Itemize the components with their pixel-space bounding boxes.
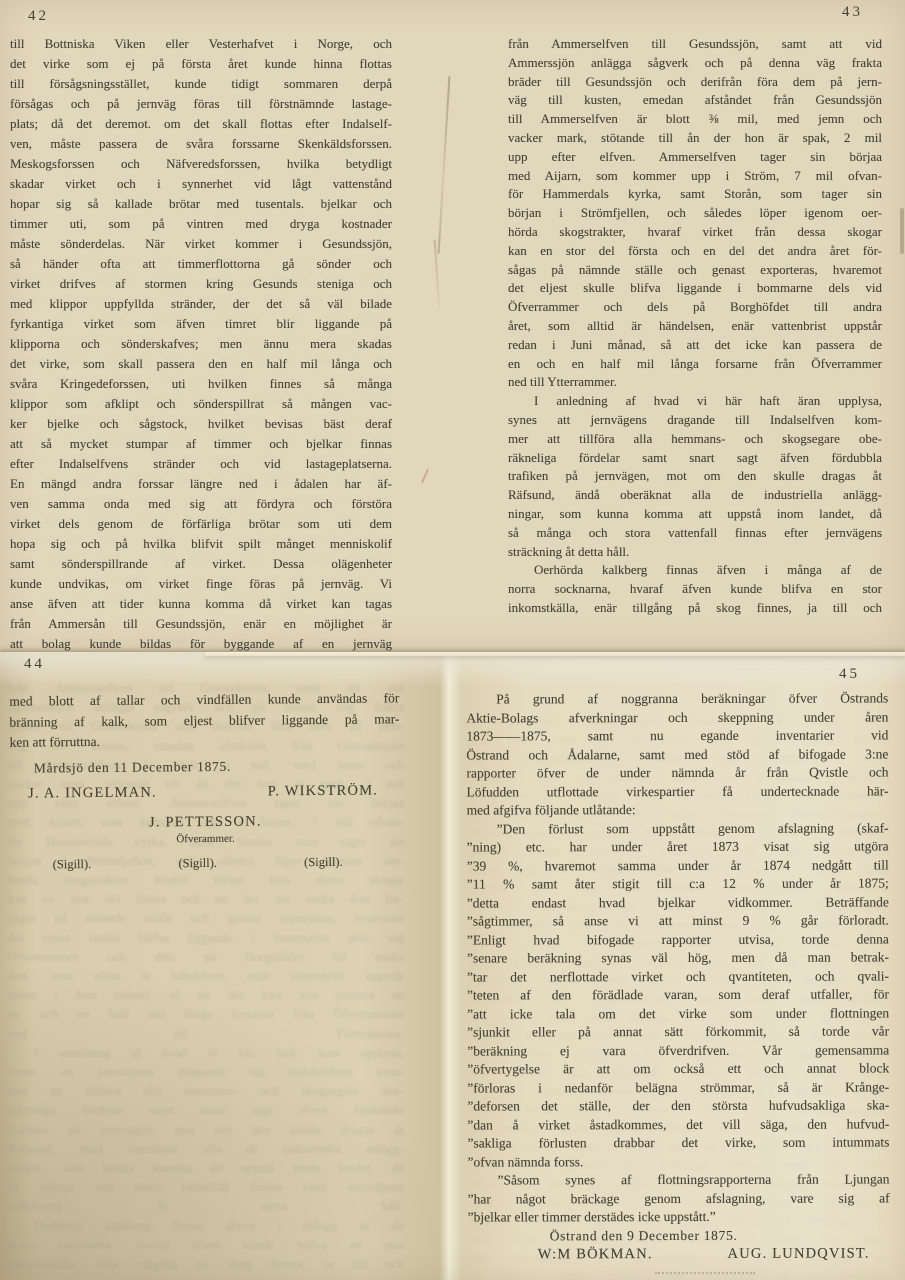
text-line: ”att icke tala om det virke som under fl… — [467, 1004, 889, 1024]
text-line: ningar, som kunna komma att uppstå inom … — [508, 505, 882, 524]
text-line: så många och stora vattenfall finnas eft… — [8, 1177, 404, 1196]
text-line: början i Strömfjellen, och således löper… — [508, 204, 882, 223]
text-line: J. A. INGELMAN.P. WIKSTRÖM. — [10, 780, 400, 804]
text-segment: (Sigill). — [53, 854, 92, 875]
text-line: efter Indalselfvens stränder och vid las… — [10, 454, 392, 474]
paper-fiber-mark — [421, 468, 429, 483]
text-line: norra socknarna, hvaraf äfven kunde blif… — [508, 580, 882, 599]
text-line: klipporna och sönderskafves; men ännu me… — [10, 334, 392, 354]
page-45-text: På grund af noggranna beräkningar öfver … — [466, 689, 890, 1264]
text-line: ned till Ytterrammer. — [8, 1024, 404, 1043]
text-line: hopa sig och på hvilka blifvit spilt mån… — [10, 534, 392, 554]
page-number-42: 42 — [28, 8, 49, 25]
text-line: räkneliga fördelar samt snart sagt äfven… — [508, 449, 882, 468]
faint-rule — [655, 1272, 755, 1274]
text-line: ”Enligt hvad bifogade rapporter utvisa, … — [467, 930, 889, 950]
text-line: det eljest skulle blifva liggande i bomm… — [508, 279, 882, 298]
page-42-text: till Bottniska Viken eller Vesterhafvet … — [10, 34, 392, 654]
text-line: måste sönderdelas. När virket kommer i G… — [10, 234, 392, 254]
text-line: Oerhörda kalkberg finnas äfven i många a… — [508, 561, 882, 580]
text-line: trafiken på jernvägen, mot om den skulle… — [508, 467, 882, 486]
text-line: ”39 %, hvaremot samma under år 1874 nedg… — [467, 856, 889, 876]
text-line: året, som alltid är händelsen, enär vatt… — [508, 317, 882, 336]
text-line: räkneliga fördelar samt snart sagt äfven… — [8, 1100, 404, 1119]
text-line: ”bjelkar eller timmer derstädes icke upp… — [468, 1207, 890, 1227]
text-line: till Ammerselfven är blott ⅜ mil, med je… — [508, 110, 882, 129]
page-44-text: med blott af tallar och vindfällen kunde… — [9, 688, 401, 875]
text-line: mer att tillföra alla hemmans- och skogs… — [508, 430, 882, 449]
text-line: ker bjelke och sågstock, hvilket bevisas… — [10, 414, 392, 434]
text-line: ”teten af den förädlade varan, som deraf… — [467, 985, 889, 1005]
text-segment: W:M BÖKMAN. — [538, 1245, 653, 1264]
text-line: skadar virket och i synnerhet vid lågt v… — [10, 174, 392, 194]
text-line: kan en stor del första och en del det an… — [508, 242, 882, 261]
text-line: Räfsund, ändå oberäknat alla de industri… — [508, 486, 882, 505]
text-line: rapporter öfver de under nämnda år från … — [466, 763, 888, 783]
text-line: så händer ofta att timmerflottorna gå sö… — [10, 254, 392, 274]
text-segment: J. A. INGELMAN. — [28, 782, 157, 804]
text-line: svåra Kringedeforssen, uti hvilken finne… — [10, 374, 392, 394]
text-line: det virke som ej på första året kunde hi… — [10, 54, 392, 74]
page-number-43: 43 — [842, 4, 863, 21]
text-line: ”öfvertygelse är att om också ett och an… — [467, 1059, 889, 1079]
text-line: Öfverrammer och dels på Borghöfdet till … — [508, 298, 882, 317]
text-line: Aktie-Bolags afverkningar och skeppning … — [466, 708, 888, 728]
text-line: virket drifves af stormen kring Gesunds … — [10, 274, 392, 294]
text-line: fyrkantiga virket som äfven timret blir … — [10, 314, 392, 334]
text-line: På grund af noggranna beräkningar öfver … — [466, 689, 888, 709]
text-line: kunde undvikas, om virket finge föras på… — [10, 574, 392, 594]
text-line: ”sjunkit eller på annat sätt förkommit, … — [467, 1022, 889, 1042]
text-line: väg till kusten, emedan afståndet från G… — [508, 91, 882, 110]
text-line: försågas och på jernväg föras till först… — [10, 94, 392, 114]
text-line: ”sågtimmer, så anse vi att minst 9 % går… — [467, 911, 889, 931]
text-line: inkomstkälla, enär tillgång på skog finn… — [8, 1254, 404, 1273]
text-line: en och en half mil långa forsarne från Ö… — [508, 355, 882, 374]
text-line: Meskogsforssen och Näfveredsforssen, hvi… — [10, 154, 392, 174]
text-line: Löfudden utflottade virkespartier få und… — [466, 782, 888, 802]
text-line: att bolag kunde bildas för byggande af e… — [10, 634, 392, 654]
text-line: ”beräkning ej vara öfverdrifven. Vår gem… — [467, 1041, 889, 1061]
text-line: kan en stor del första och en del det an… — [8, 889, 404, 908]
text-line: Mårdsjö den 11 December 1875. — [10, 755, 400, 779]
text-line: Räfsund, ändå oberäknat alla de industri… — [8, 1139, 404, 1158]
page-number-45: 45 — [839, 666, 860, 683]
text-line: ”har något bräckage genom afslagning, va… — [468, 1189, 890, 1209]
text-line: hopar sig så kallade brötar med tusental… — [10, 194, 392, 214]
text-line: för Hammerdals kyrka, samt Storån, som t… — [508, 185, 882, 204]
text-line: trafiken på jernvägen, mot om den skulle… — [8, 1120, 404, 1139]
text-line: från Ammerselfven till Gesundssjön, samt… — [508, 35, 882, 54]
gutter-crease — [438, 76, 451, 254]
text-line: det virke, som skall passera den en half… — [10, 354, 392, 374]
text-line: ”Den förlust som uppstått genom afslagni… — [467, 819, 889, 839]
text-line: (Sigill).(Sigill).(Sigill). — [11, 851, 401, 875]
text-line: sågas på nämnde ställe och genast export… — [8, 908, 404, 927]
text-line: W:M BÖKMAN.AUG. LUNDQVIST. — [468, 1244, 890, 1264]
text-line: Ammerssjön anlägga sågverk och på denna … — [508, 54, 882, 73]
text-line: norra socknarna, hvaraf äfven kunde blif… — [8, 1235, 404, 1254]
text-segment: (Sigill). — [178, 853, 217, 874]
text-line: 1873——1875, samt nu egande inventarier v… — [466, 726, 888, 746]
text-line: mer att tillföra alla hemmans- och skogs… — [8, 1081, 404, 1100]
text-line: bräder till Gesundssjön och derifrån för… — [508, 73, 882, 92]
text-line: ”deforsen det ställe, der den största hu… — [467, 1096, 889, 1116]
spread-pages-44-45: från Ammerselfven till Gesundssjön, samt… — [0, 652, 905, 1280]
text-line: sågas på nämnde ställe och genast export… — [508, 261, 882, 280]
text-line: till Bottniska Viken eller Vesterhafvet … — [10, 34, 392, 54]
text-line: sträckning åt detta håll. — [508, 543, 882, 562]
text-line: ”detta endast hvad bjelkar vidkommer. Be… — [467, 893, 889, 913]
page-43-text: från Ammerselfven till Gesundssjön, samt… — [508, 35, 882, 618]
text-line: ”tar det nerflottade virket och qvantite… — [467, 967, 889, 987]
text-line: Öfverammer. — [10, 830, 400, 848]
text-line: inkomstkälla, enär tillgång på skog finn… — [508, 599, 882, 618]
text-line: ned till Ytterrammer. — [508, 373, 882, 392]
edge-smudge — [900, 208, 904, 254]
text-line: Oerhörda kalkberg finnas äfven i många a… — [8, 1216, 404, 1235]
text-line: ”Såsom synes af flottningsrapporterna fr… — [468, 1170, 890, 1190]
text-line: en och en half mil långa forsarne från Ö… — [8, 1004, 404, 1023]
text-line: det eljest skulle blifva liggande i bomm… — [8, 928, 404, 947]
text-line: till försågsningsstället, kunde tidigt s… — [10, 74, 392, 94]
text-line: samt sönderspillrande af virket. Dessa o… — [10, 554, 392, 574]
text-segment: (Sigill). — [304, 852, 343, 873]
text-line: ”dan å virket åstadkommes, det vill säga… — [467, 1115, 889, 1135]
text-line: bränning af kalk, som eljest blifver lig… — [9, 709, 399, 733]
text-line: med afgifva följande utlåtande: — [467, 800, 889, 820]
text-line: så många och stora vattenfall finnas eft… — [508, 524, 882, 543]
text-line: vacker mark, stötande till ån der hon är… — [508, 129, 882, 148]
text-line: sträckning åt detta håll. — [8, 1196, 404, 1215]
text-line: ”ofvan nämnda forss. — [467, 1152, 889, 1172]
text-line: ken att förruttna. — [10, 729, 400, 753]
text-line: redan i Juni månad, så att det icke kan … — [508, 336, 882, 355]
text-line: En mängd andra forssar längre ned i ådal… — [10, 474, 392, 494]
text-line: hörda skogstrakter, hvaraf virket från d… — [508, 223, 882, 242]
text-line: timmer uti, som på vintren med dryga kos… — [10, 214, 392, 234]
text-segment: AUG. LUNDQVIST. — [728, 1244, 870, 1263]
text-line: synes att jernvägens dragande till Indal… — [8, 1062, 404, 1081]
text-line: I anledning af hvad vi här haft äran upp… — [508, 392, 882, 411]
spread-pages-42-43: från Ammerselfven till Gesundssjön, samt… — [0, 0, 905, 652]
text-segment: P. WIKSTRÖM. — [268, 780, 379, 801]
text-line: plats; då det deremot. om det skall flot… — [10, 114, 392, 134]
text-line: Östrand den 9 December 1875. — [468, 1226, 890, 1246]
text-line: Östrand och Ådalarne, samt med stöd af b… — [466, 745, 888, 765]
text-line: ven samma onda med sig att fördyra och f… — [10, 494, 392, 514]
text-line: redan i Juni månad, så att det icke kan … — [8, 985, 404, 1004]
text-line: ”ning) etc. har under året 1873 visat si… — [467, 837, 889, 857]
text-line: ”sakliga förlusten drabbar det virke, so… — [467, 1133, 889, 1153]
text-line: med klippor uppfyllda stränder, der det … — [10, 294, 392, 314]
text-line: året, som alltid är händelsen, enär vatt… — [8, 966, 404, 985]
text-line: klippor som afklipt och sönderspillrat s… — [10, 394, 392, 414]
text-line: I anledning af hvad vi här haft äran upp… — [8, 1043, 404, 1062]
text-line: Öfverrammer och dels på Borghöfdet till … — [8, 947, 404, 966]
text-line: synes att jernvägens dragande till Indal… — [508, 411, 882, 430]
text-line: virket dels genom de förfärliga brötar s… — [10, 514, 392, 534]
text-line: ”förloras i nedanför belägna strömmar, s… — [467, 1078, 889, 1098]
text-line: ven, måste passera de svåra forssarne Sk… — [10, 134, 392, 154]
text-line: ”11 % samt åter stigit till c:a 12 % und… — [467, 874, 889, 894]
text-line: att så mycket stumpar af timmer och bjel… — [10, 434, 392, 454]
text-line: upp efter elfven. Ammerselfven tager sin… — [508, 148, 882, 167]
page-number-44: 44 — [24, 656, 45, 673]
text-line: anse äfven att tider kunna komma då virk… — [10, 594, 392, 614]
text-line: med blott af tallar och vindfällen kunde… — [9, 688, 399, 712]
text-line: ”senare beräkning synas väl hög, men då … — [467, 948, 889, 968]
book-scan: från Ammerselfven till Gesundssjön, samt… — [0, 0, 905, 1280]
text-line: från Ammersån till Gesundssjön, enär en … — [10, 614, 392, 634]
text-line: ningar, som kunna komma att uppstå inom … — [8, 1158, 404, 1177]
text-line: med Aijarn, som kommer upp i Ström, 7 mi… — [508, 167, 882, 186]
